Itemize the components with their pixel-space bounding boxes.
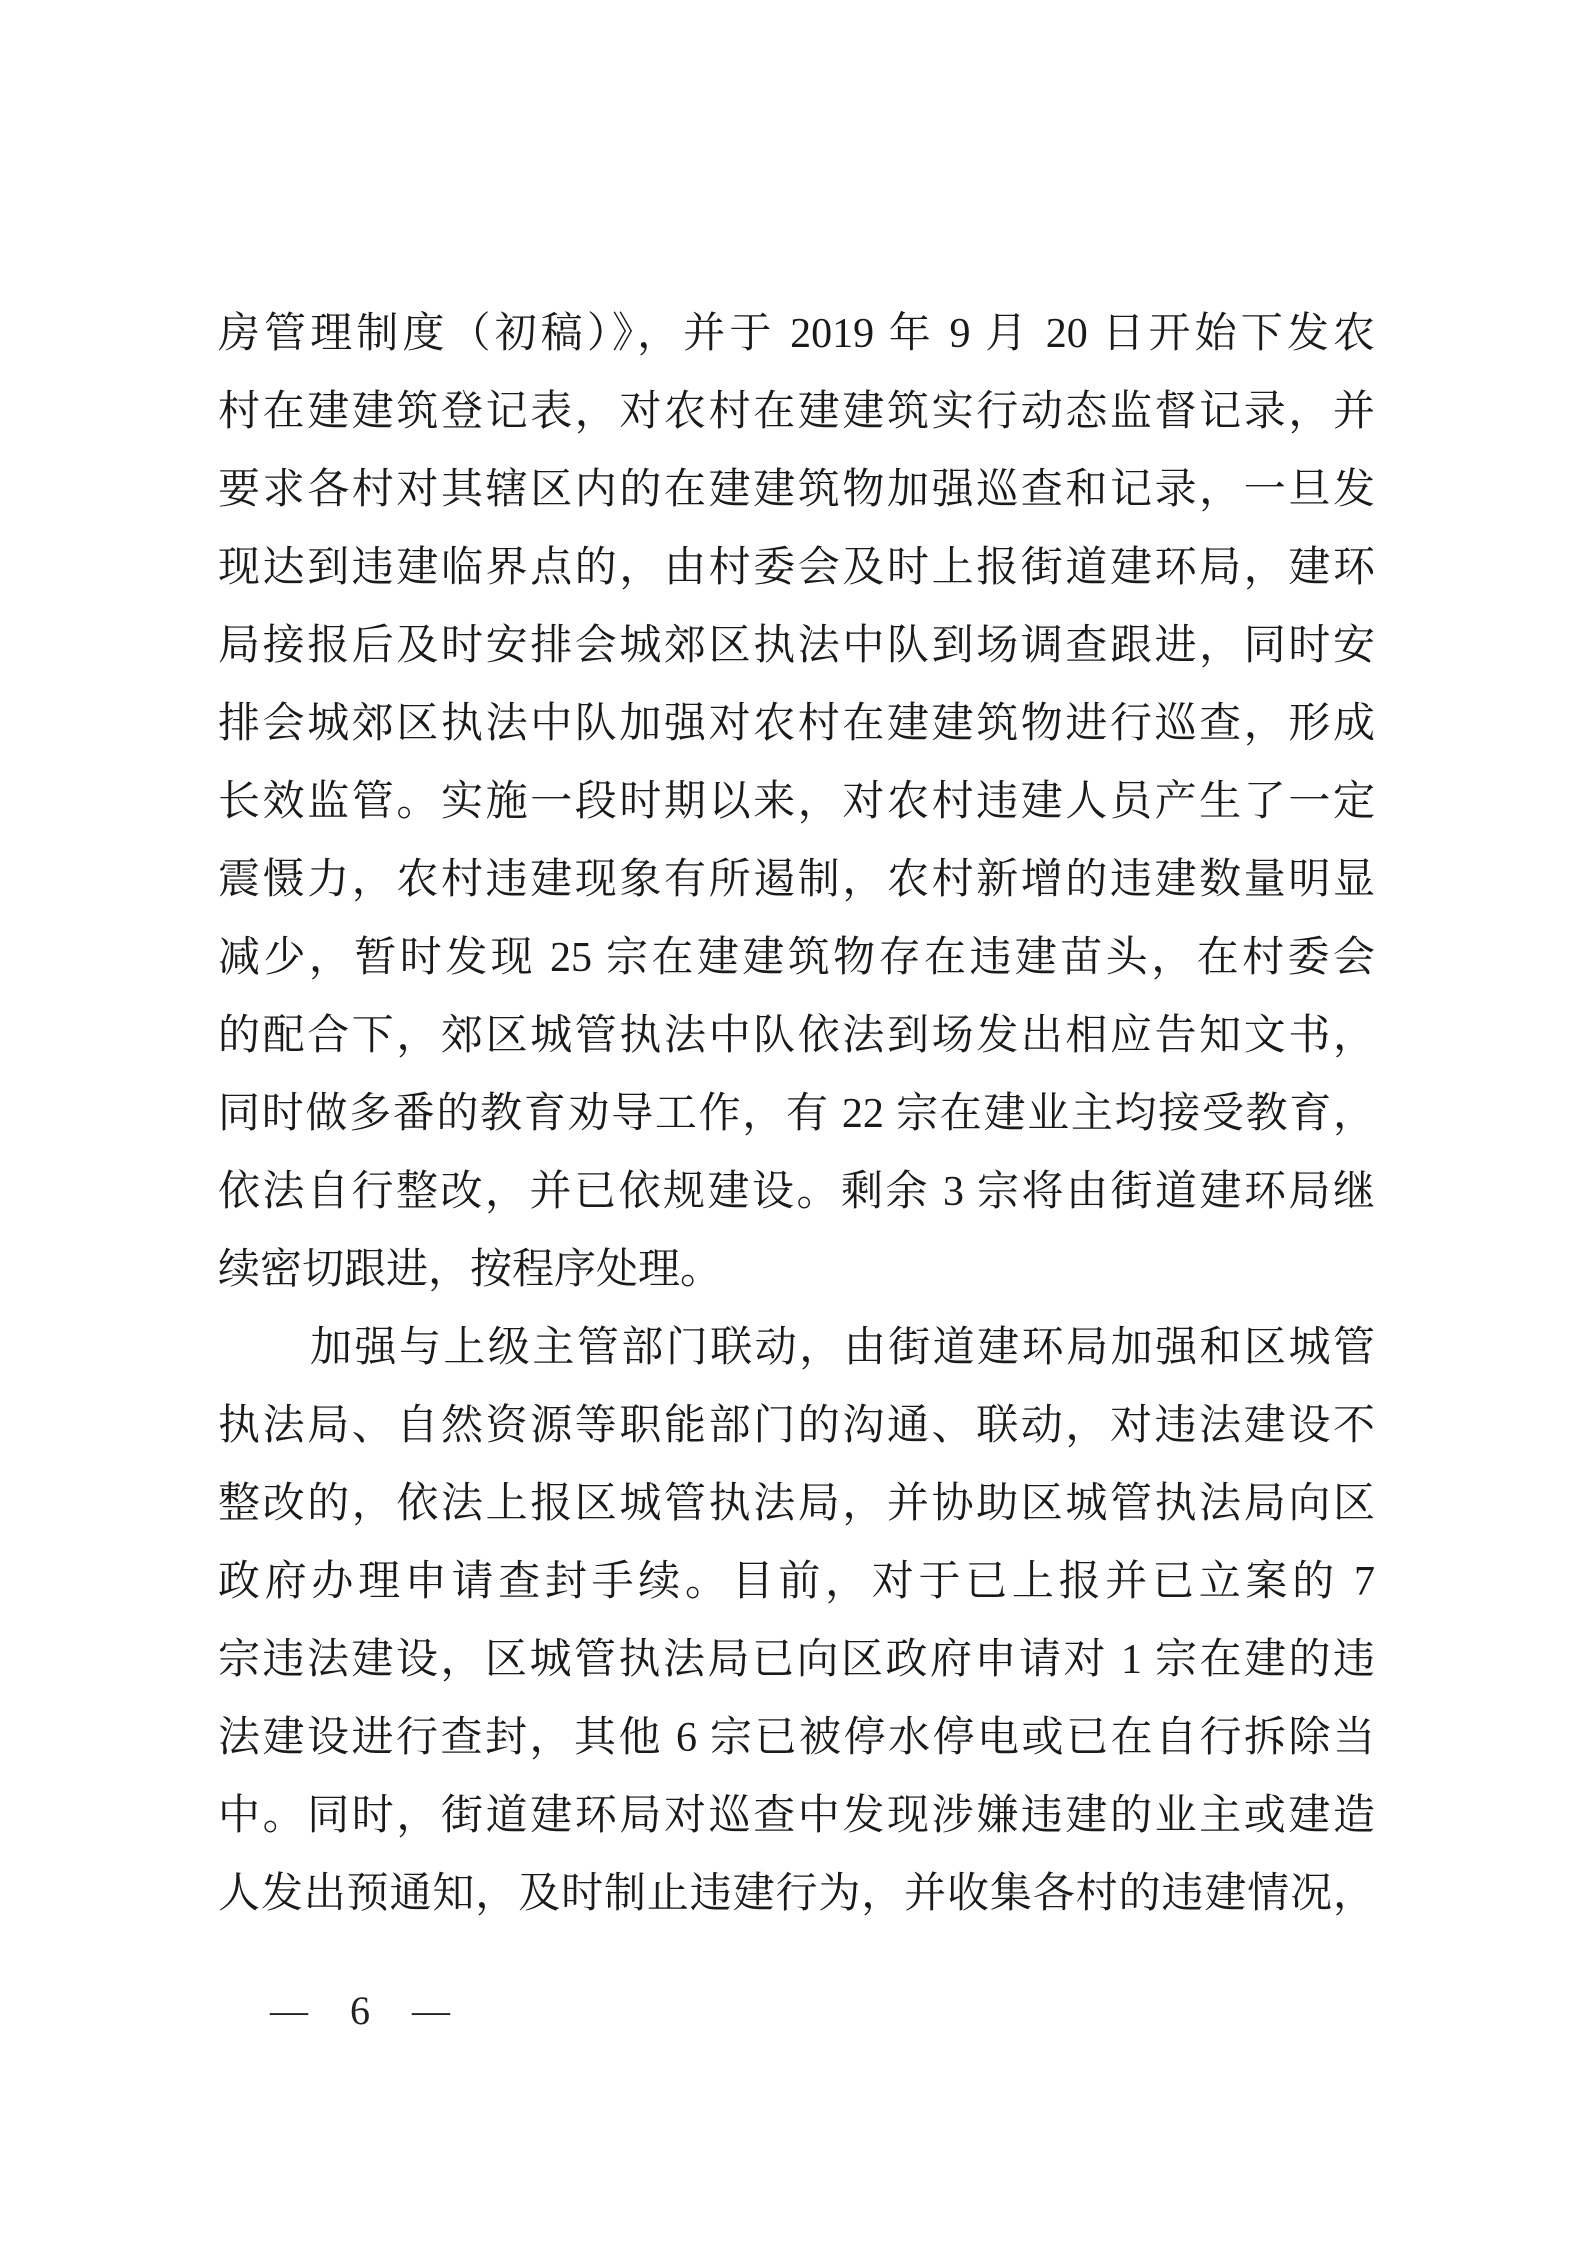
text-line: 的配合下，郊区城管执法中队依法到场发出相应告知文书， <box>218 997 1375 1075</box>
text-line: 减少，暂时发现 25 宗在建建筑物存在违建苗头，在村委会 <box>218 919 1375 997</box>
text-line: 中。同时，街道建环局对巡查中发现涉嫌违建的业主或建造 <box>218 1777 1375 1855</box>
text-line: 法建设进行查封，其他 6 宗已被停水停电或已在自行拆除当 <box>218 1699 1375 1777</box>
document-page: 房管理制度（初稿）》，并于 2019 年 9 月 20 日开始下发农 村在建建筑… <box>0 0 1587 2245</box>
text-line: 要求各村对其辖区内的在建建筑物加强巡查和记录，一旦发 <box>218 451 1375 529</box>
text-line-paragraph-end: 续密切跟进，按程序处理。 <box>218 1231 1375 1309</box>
text-line: 人发出预通知，及时制止违建行为，并收集各村的违建情况， <box>218 1855 1375 1933</box>
document-body: 房管理制度（初稿）》，并于 2019 年 9 月 20 日开始下发农 村在建建筑… <box>218 295 1375 1933</box>
text-line: 同时做多番的教育劝导工作，有 22 宗在建业主均接受教育， <box>218 1075 1375 1153</box>
text-line: 房管理制度（初稿）》，并于 2019 年 9 月 20 日开始下发农 <box>218 295 1375 373</box>
text-line-paragraph-start: 加强与上级主管部门联动，由街道建环局加强和区城管 <box>218 1309 1375 1387</box>
text-line: 政府办理申请查封手续。目前，对于已上报并已立案的 7 <box>218 1543 1375 1621</box>
footer-dash-right: — <box>412 1988 450 2034</box>
text-line: 宗违法建设，区城管执法局已向区政府申请对 1 宗在建的违 <box>218 1621 1375 1699</box>
text-line: 长效监管。实施一段时期以来，对农村违建人员产生了一定 <box>218 763 1375 841</box>
text-line: 排会城郊区执法中队加强对农村在建建筑物进行巡查，形成 <box>218 685 1375 763</box>
text-line: 震慑力，农村违建现象有所遏制，农村新增的违建数量明显 <box>218 841 1375 919</box>
page-footer: — 6 — <box>270 1988 450 2034</box>
text-line: 现达到违建临界点的，由村委会及时上报街道建环局，建环 <box>218 529 1375 607</box>
page-number: 6 <box>350 1988 370 2034</box>
text-line: 局接报后及时安排会城郊区执法中队到场调查跟进，同时安 <box>218 607 1375 685</box>
footer-dash-left: — <box>270 1988 308 2034</box>
text-line: 整改的，依法上报区城管执法局，并协助区城管执法局向区 <box>218 1465 1375 1543</box>
text-line: 村在建建筑登记表，对农村在建建筑实行动态监督记录，并 <box>218 373 1375 451</box>
text-line: 依法自行整改，并已依规建设。剩余 3 宗将由街道建环局继 <box>218 1153 1375 1231</box>
text-line: 执法局、自然资源等职能部门的沟通、联动，对违法建设不 <box>218 1387 1375 1465</box>
